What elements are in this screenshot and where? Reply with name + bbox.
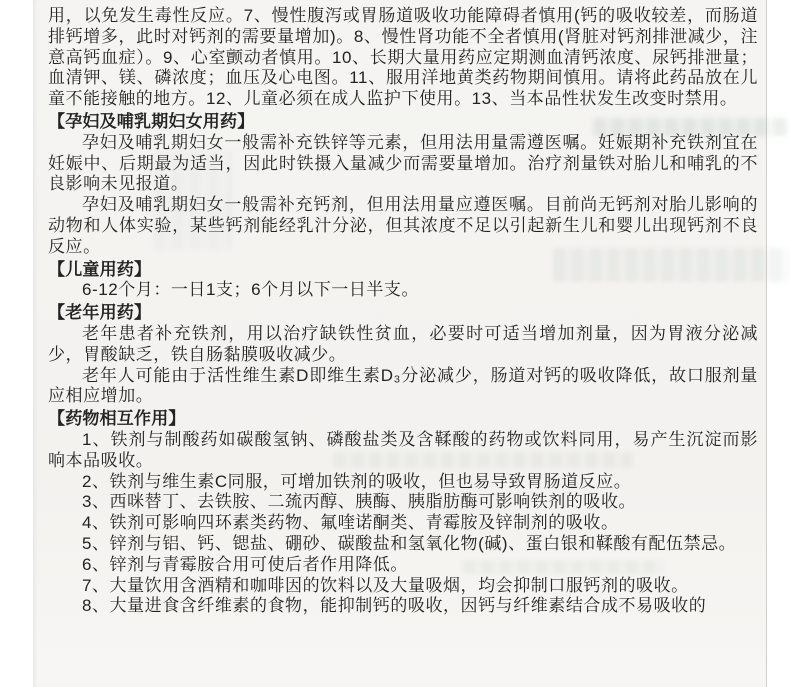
interaction-item-4: 4、铁剂可影响四环素类药物、氟喹诺酮类、青霉胺及锌制剂的吸收。: [48, 513, 758, 534]
geriatric-paragraph-vitamin-d: 老年人可能由于活性维生素D即维生素D₃分泌减少，肠道对钙的吸收降低，故口服剂量应…: [48, 366, 758, 408]
scanned-page-photo: 用，以免发生毒性反应。7、慢性腹泻或胃肠道吸收功能障碍者慎用(钙的吸收较差，而肠…: [0, 0, 790, 687]
geriatric-paragraph-iron: 老年患者补充铁剂，用以治疗缺铁性贫血，必要时可适当增加剂量，因为胃液分泌减少，胃…: [48, 324, 758, 366]
precautions-continuation-paragraph: 用，以免发生毒性反应。7、慢性腹泻或胃肠道吸收功能障碍者慎用(钙的吸收较差，而肠…: [48, 6, 758, 110]
section-heading-pediatric-use: 【儿童用药】: [48, 260, 758, 281]
interaction-item-7: 7、大量饮用含酒精和咖啡因的饮料以及大量吸烟，均会抑制口服钙剂的吸收。: [48, 576, 758, 597]
interaction-item-6: 6、锌剂与青霉胺合用可使后者作用降低。: [48, 555, 758, 576]
section-heading-pregnancy-lactation: 【孕妇及哺乳期妇女用药】: [48, 112, 758, 133]
interaction-item-2: 2、铁剂与维生素C同服，可增加铁剂的吸收，但也易导致胃肠道反应。: [48, 472, 758, 493]
interaction-item-8: 8、大量进食含纤维素的食物，能抑制钙的吸收，因钙与纤维素结合成不易吸收的: [48, 596, 758, 617]
pregnancy-paragraph-iron: 孕妇及哺乳期妇女一般需补充铁锌等元素，但用法用量需遵医嘱。妊娠期补充铁剂宜在妊娠…: [48, 133, 758, 195]
interaction-item-1: 1、铁剂与制酸药如碳酸氢钠、磷酸盐类及含鞣酸的药物或饮料同用，易产生沉淀而影响本…: [48, 430, 758, 472]
leaflet-paper: 用，以免发生毒性反应。7、慢性腹泻或胃肠道吸收功能障碍者慎用(钙的吸收较差，而肠…: [33, 0, 767, 687]
pregnancy-paragraph-calcium: 孕妇及哺乳期妇女一般需补充钙剂，但用法用量应遵医嘱。目前尚无钙剂对胎儿影响的动物…: [48, 195, 758, 257]
pediatric-dosage-paragraph: 6-12个月：一日1支；6个月以下一日半支。: [48, 280, 758, 301]
section-heading-drug-interactions: 【药物相互作用】: [48, 409, 758, 430]
leaflet-text: 用，以免发生毒性反应。7、慢性腹泻或胃肠道吸收功能障碍者慎用(钙的吸收较差，而肠…: [48, 6, 758, 617]
interaction-item-5: 5、锌剂与铝、钙、锶盐、硼砂、碳酸盐和氢氧化物(碱)、蛋白银和鞣酸有配伍禁忌。: [48, 534, 758, 555]
section-heading-geriatric-use: 【老年用药】: [48, 303, 758, 324]
interaction-item-3: 3、西咪替丁、去铁胺、二巯丙醇、胰酶、胰脂肪酶可影响铁剂的吸收。: [48, 492, 758, 513]
